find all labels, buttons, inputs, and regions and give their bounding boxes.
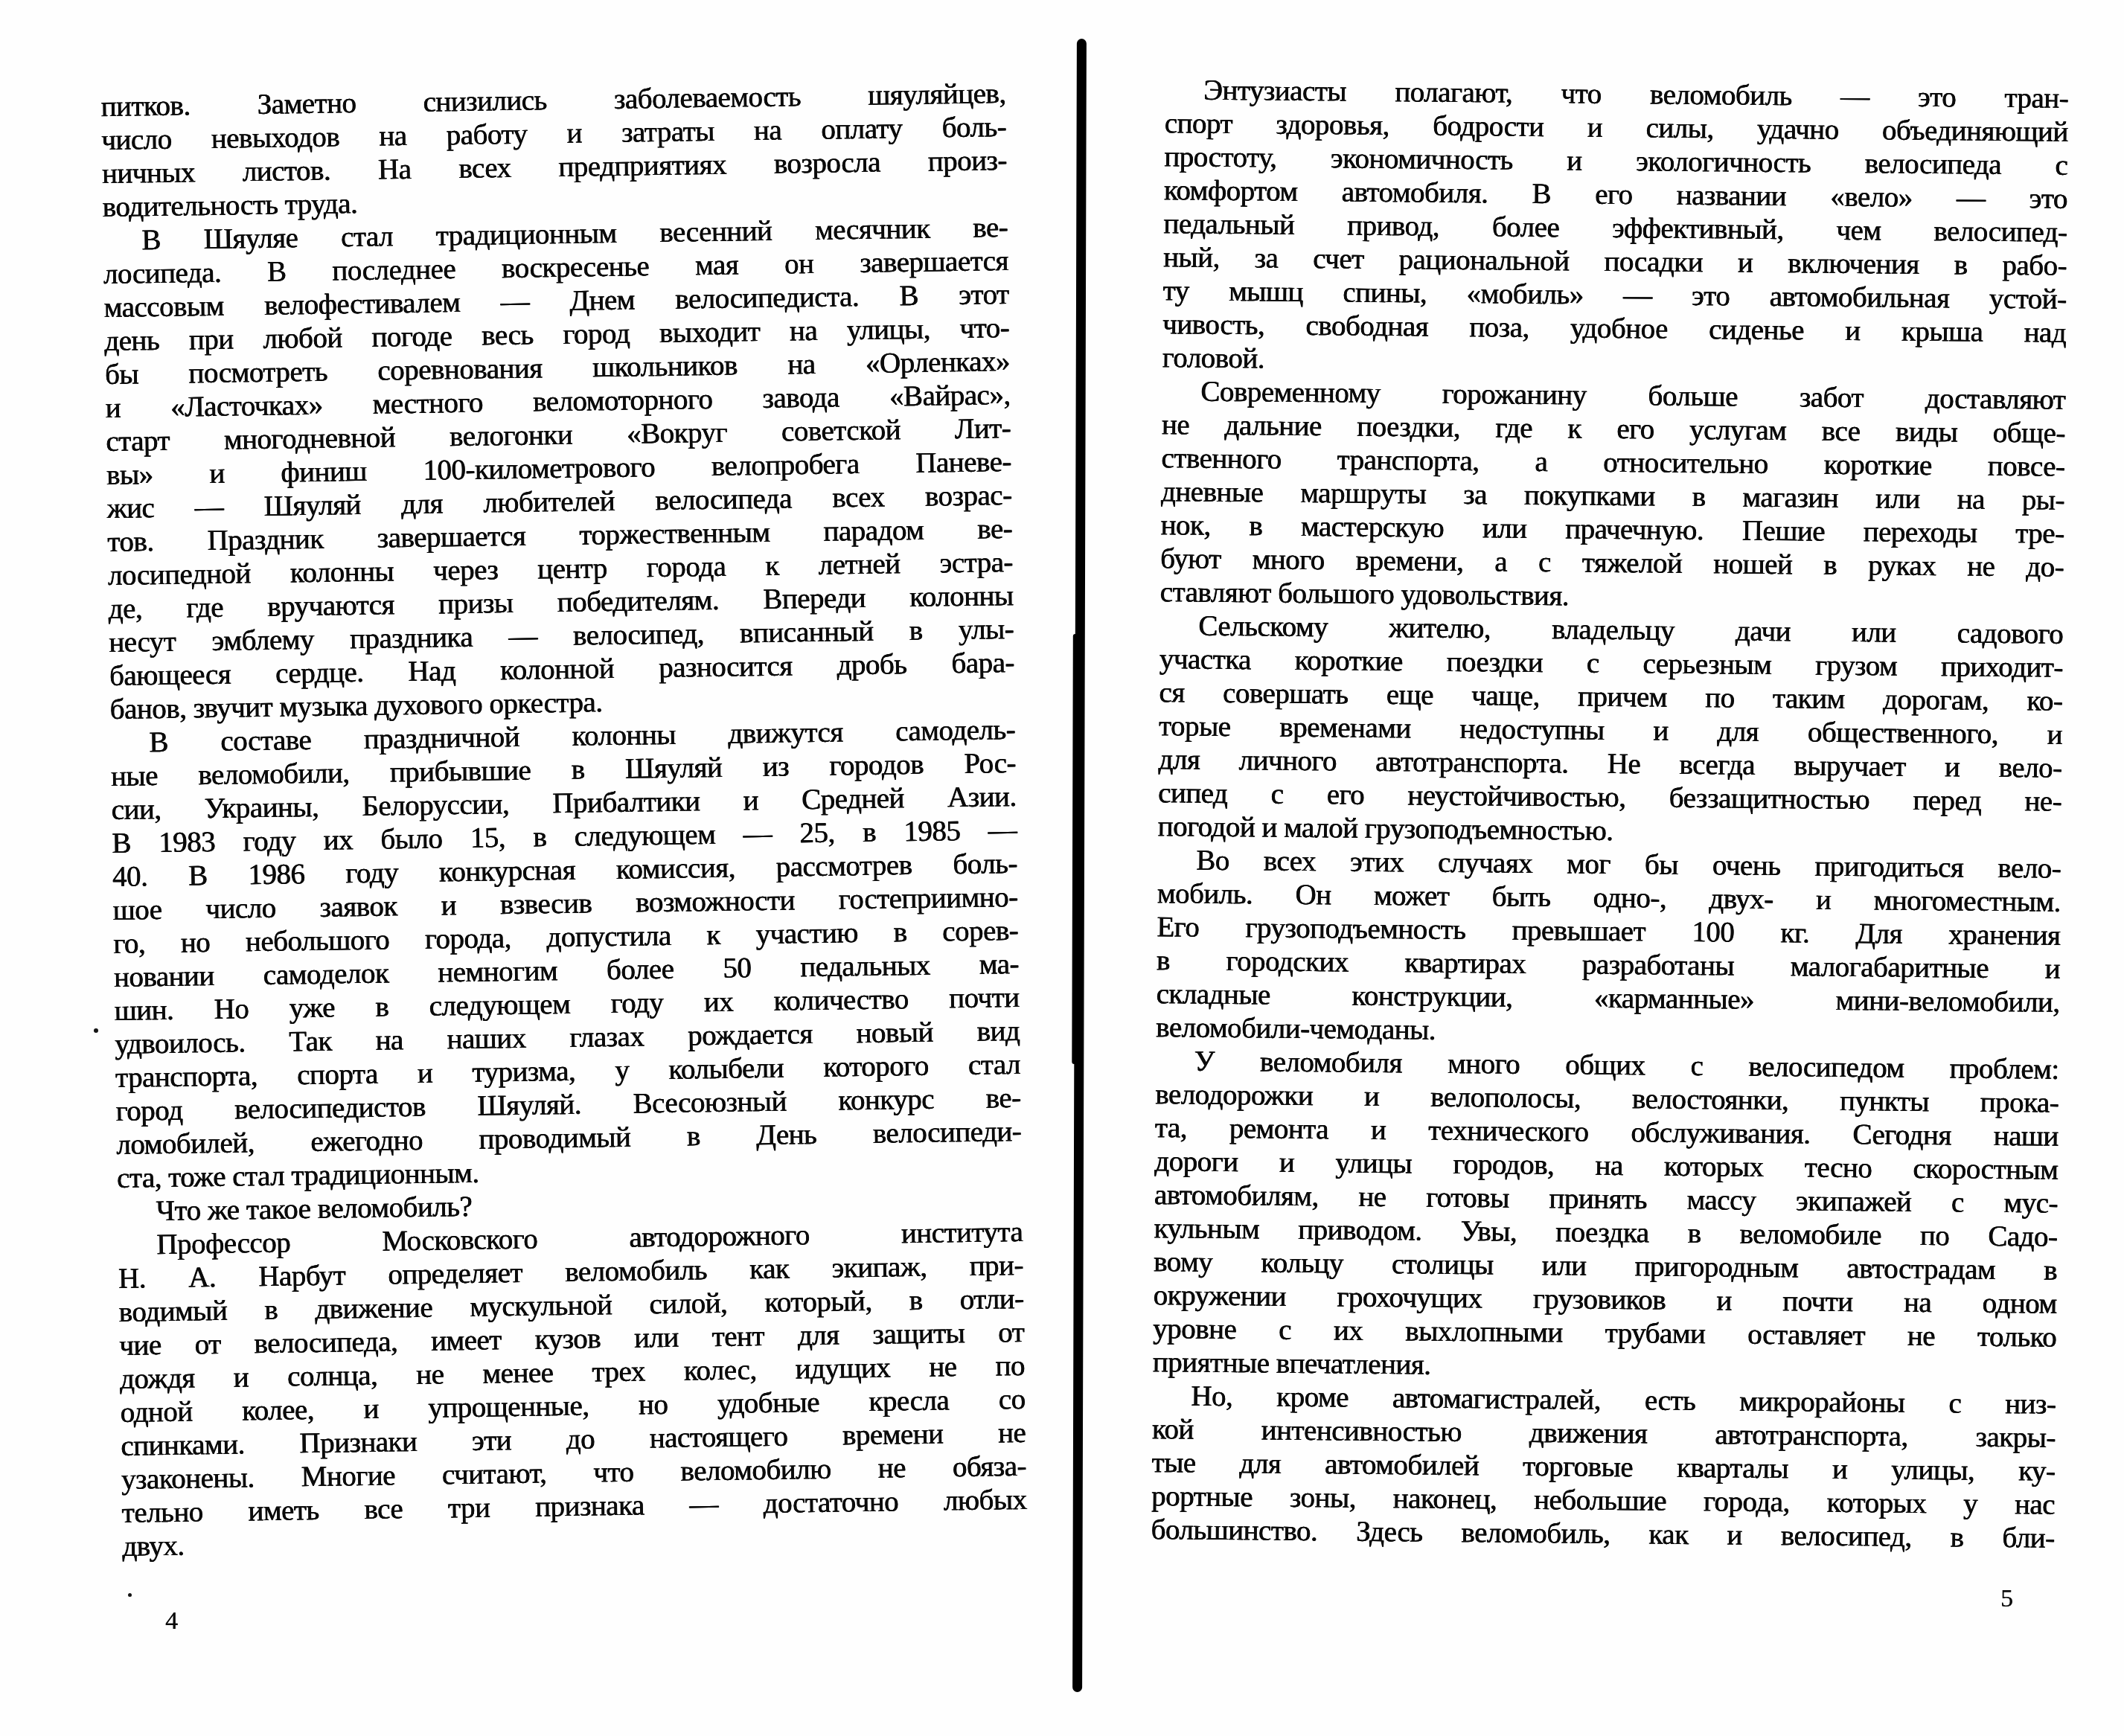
book-scan: питков. Заметно снизились заболеваемость… (0, 0, 2124, 1736)
book-gutter-shadow (1072, 39, 1087, 1692)
page-number-right: 5 (2000, 1586, 2013, 1612)
page-number-left: 4 (165, 1609, 178, 1634)
page-left-text-column: питков. Заметно снизились заболеваемость… (100, 77, 1027, 1563)
page-right: Энтузиасты полагают, что веломобиль — эт… (1151, 73, 2069, 1555)
page-left: питков. Заметно снизились заболеваемость… (100, 77, 1027, 1563)
ink-speck (128, 1593, 132, 1597)
page-right-text-column: Энтузиасты полагают, что веломобиль — эт… (1151, 73, 2069, 1555)
ink-speck (94, 1028, 98, 1033)
